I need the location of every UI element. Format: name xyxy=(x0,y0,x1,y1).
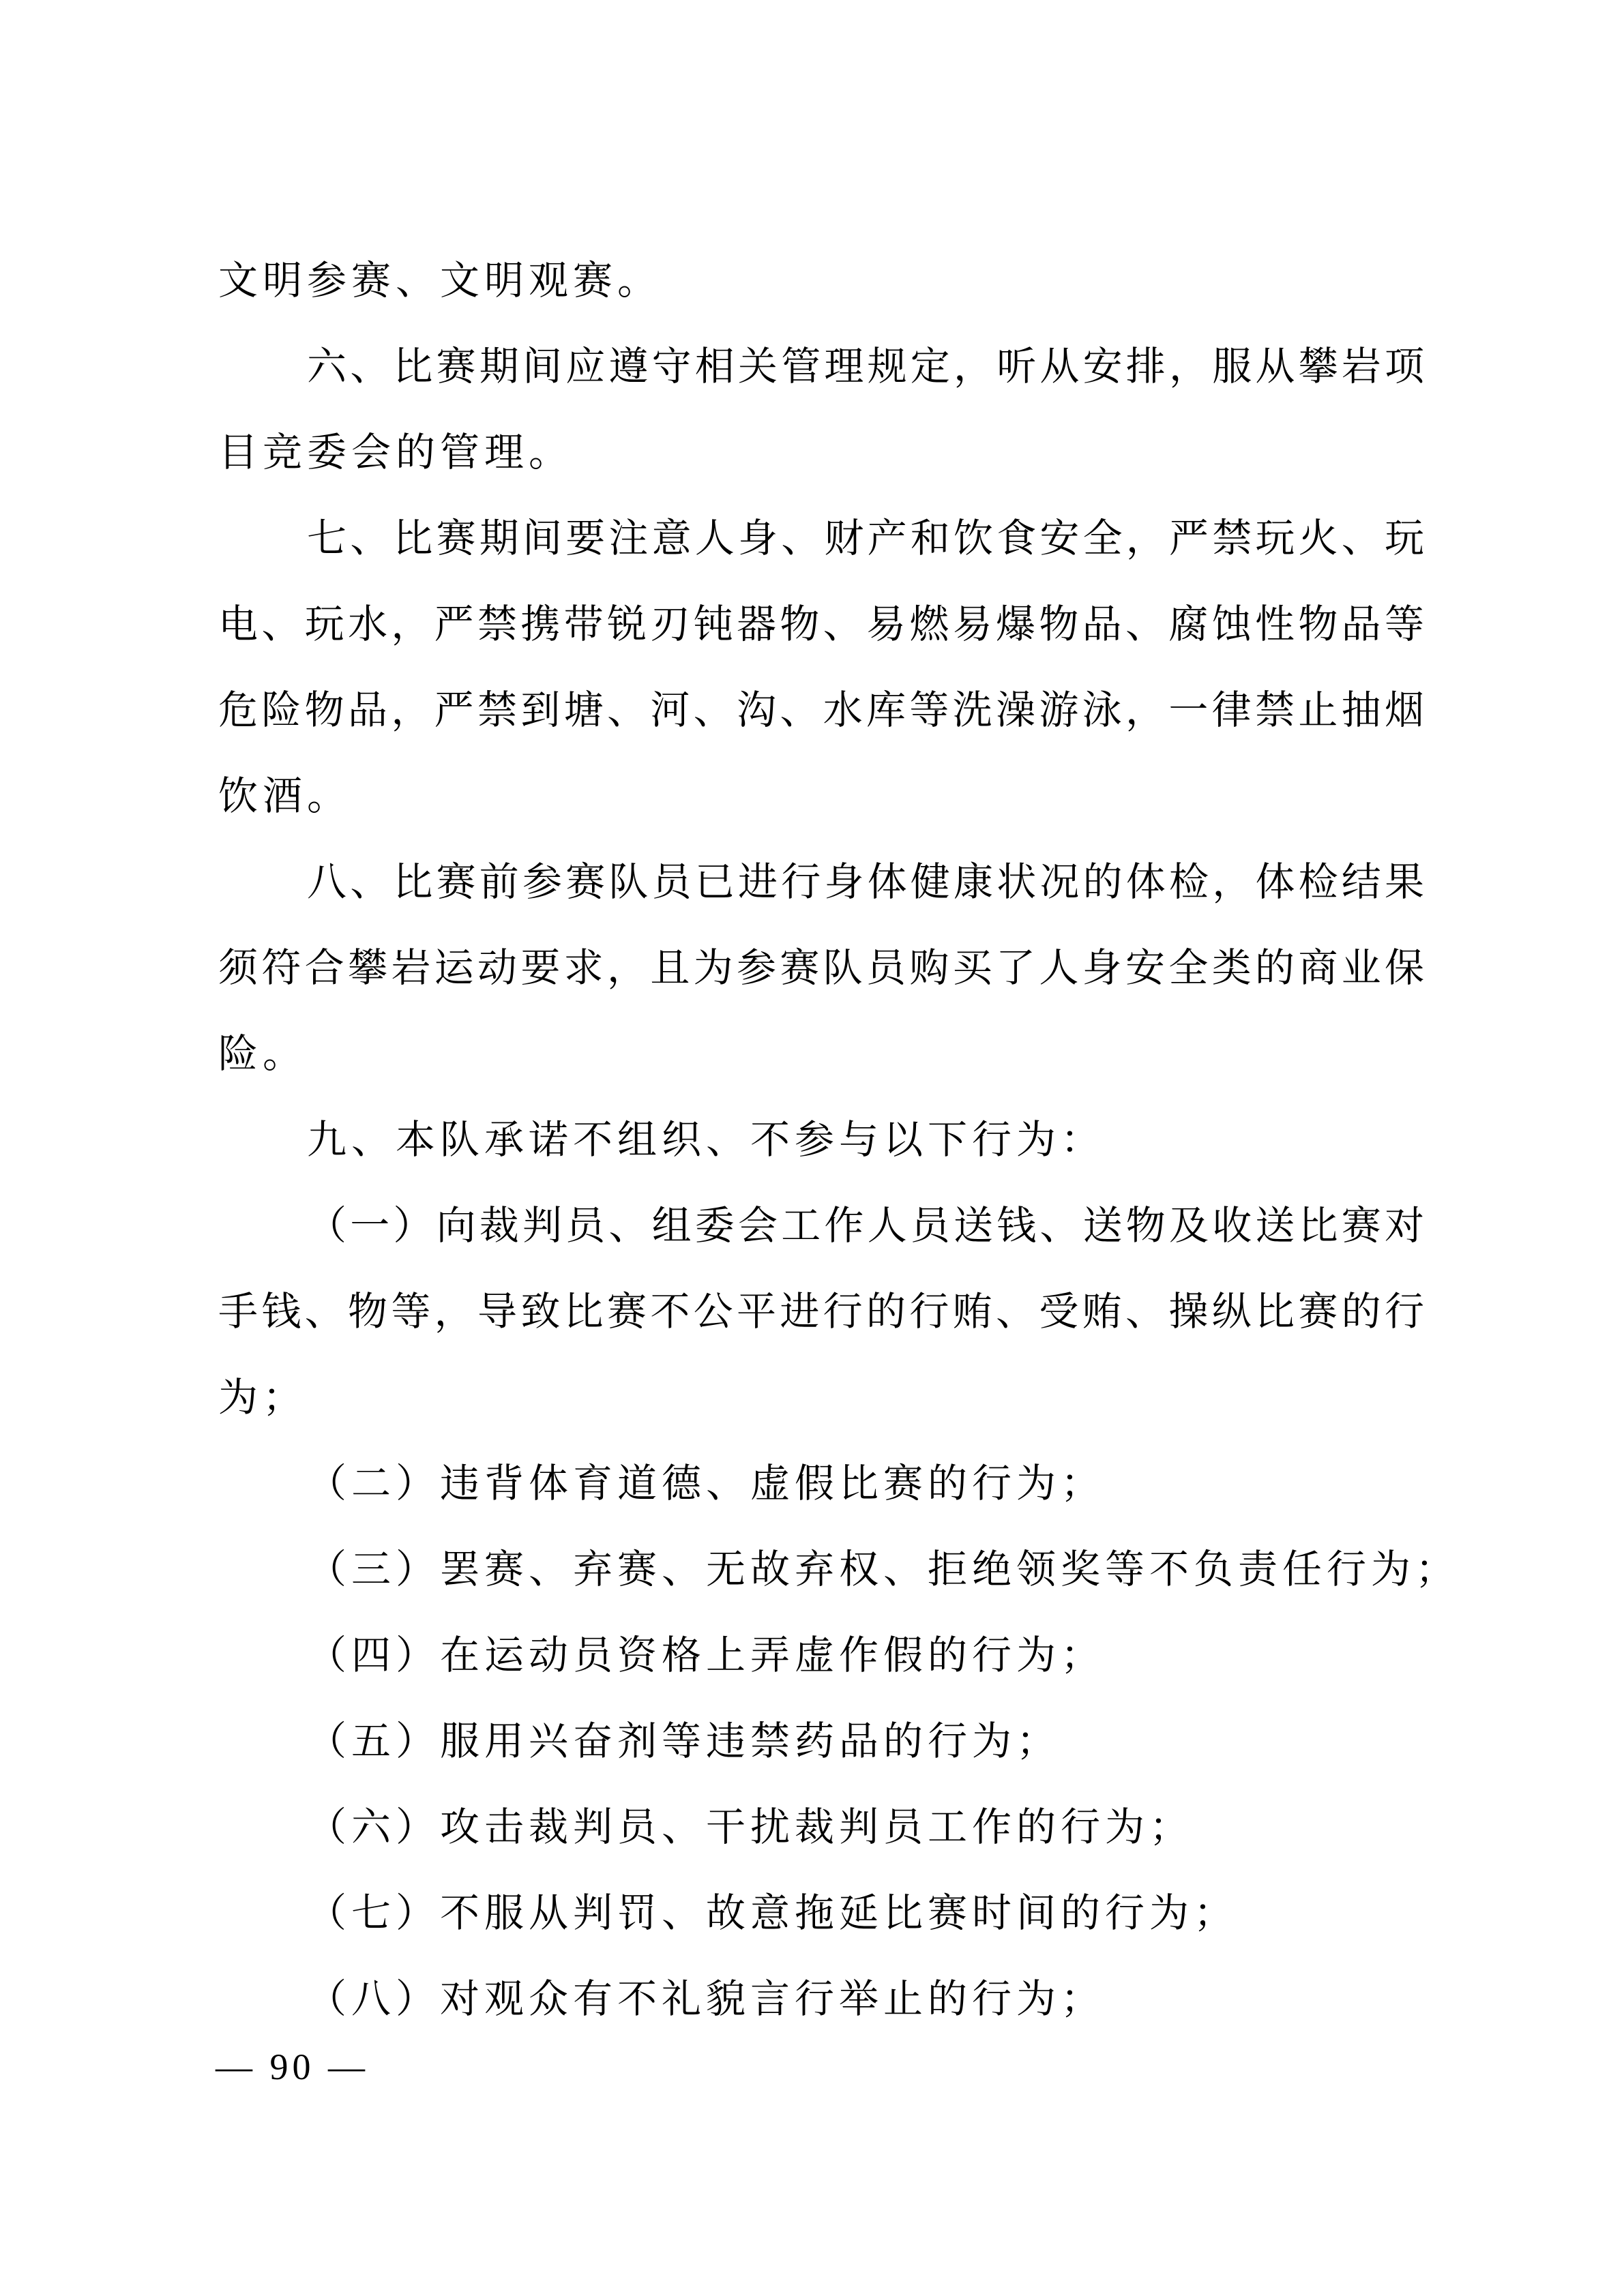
doc-line: （二）违背体育道德、虚假比赛的行为； xyxy=(218,1441,1427,1527)
doc-line: 目竞委会的管理。 xyxy=(218,410,1427,496)
doc-line: 文明参赛、文明观赛。 xyxy=(218,238,1427,324)
text-block: 文明参赛、文明观赛。 六、比赛期间应遵守相关管理规定，听从安排，服从攀岩项 目竞… xyxy=(218,238,1427,2042)
doc-line: （六）攻击裁判员、干扰裁判员工作的行为； xyxy=(218,1785,1427,1870)
doc-line: （一）向裁判员、组委会工作人员送钱、送物及收送比赛对 xyxy=(218,1183,1427,1269)
doc-line: 七、比赛期间要注意人身、财产和饮食安全，严禁玩火、玩 xyxy=(218,496,1427,582)
footer-page-number: — 90 — xyxy=(216,2046,369,2087)
doc-line: 八、比赛前参赛队员已进行身体健康状况的体检，体检结果 xyxy=(218,839,1427,925)
doc-line: 饮酒。 xyxy=(218,754,1427,839)
doc-line: 须符合攀岩运动要求，且为参赛队员购买了人身安全类的商业保 xyxy=(218,925,1427,1011)
document-page: 文明参赛、文明观赛。 六、比赛期间应遵守相关管理规定，听从安排，服从攀岩项 目竞… xyxy=(0,0,1624,2296)
doc-line: （五）服用兴奋剂等违禁药品的行为； xyxy=(218,1699,1427,1785)
doc-line: （三）罢赛、弃赛、无故弃权、拒绝领奖等不负责任行为； xyxy=(218,1527,1427,1613)
doc-line: （七）不服从判罚、故意拖延比赛时间的行为； xyxy=(218,1870,1427,1956)
doc-line: 电、玩水，严禁携带锐刃钝器物、易燃易爆物品、腐蚀性物品等 xyxy=(218,582,1427,668)
doc-line: 为； xyxy=(218,1355,1427,1441)
doc-line: （八）对观众有不礼貌言行举止的行为； xyxy=(218,1956,1427,2042)
doc-line: 九、本队承诺不组织、不参与以下行为： xyxy=(218,1097,1427,1183)
doc-line: （四）在运动员资格上弄虚作假的行为； xyxy=(218,1613,1427,1699)
doc-line: 手钱、物等，导致比赛不公平进行的行贿、受贿、操纵比赛的行 xyxy=(218,1269,1427,1355)
doc-line: 险。 xyxy=(218,1011,1427,1097)
doc-line: 危险物品，严禁到塘、河、沟、水库等洗澡游泳，一律禁止抽烟 xyxy=(218,668,1427,754)
doc-line: 六、比赛期间应遵守相关管理规定，听从安排，服从攀岩项 xyxy=(218,324,1427,410)
